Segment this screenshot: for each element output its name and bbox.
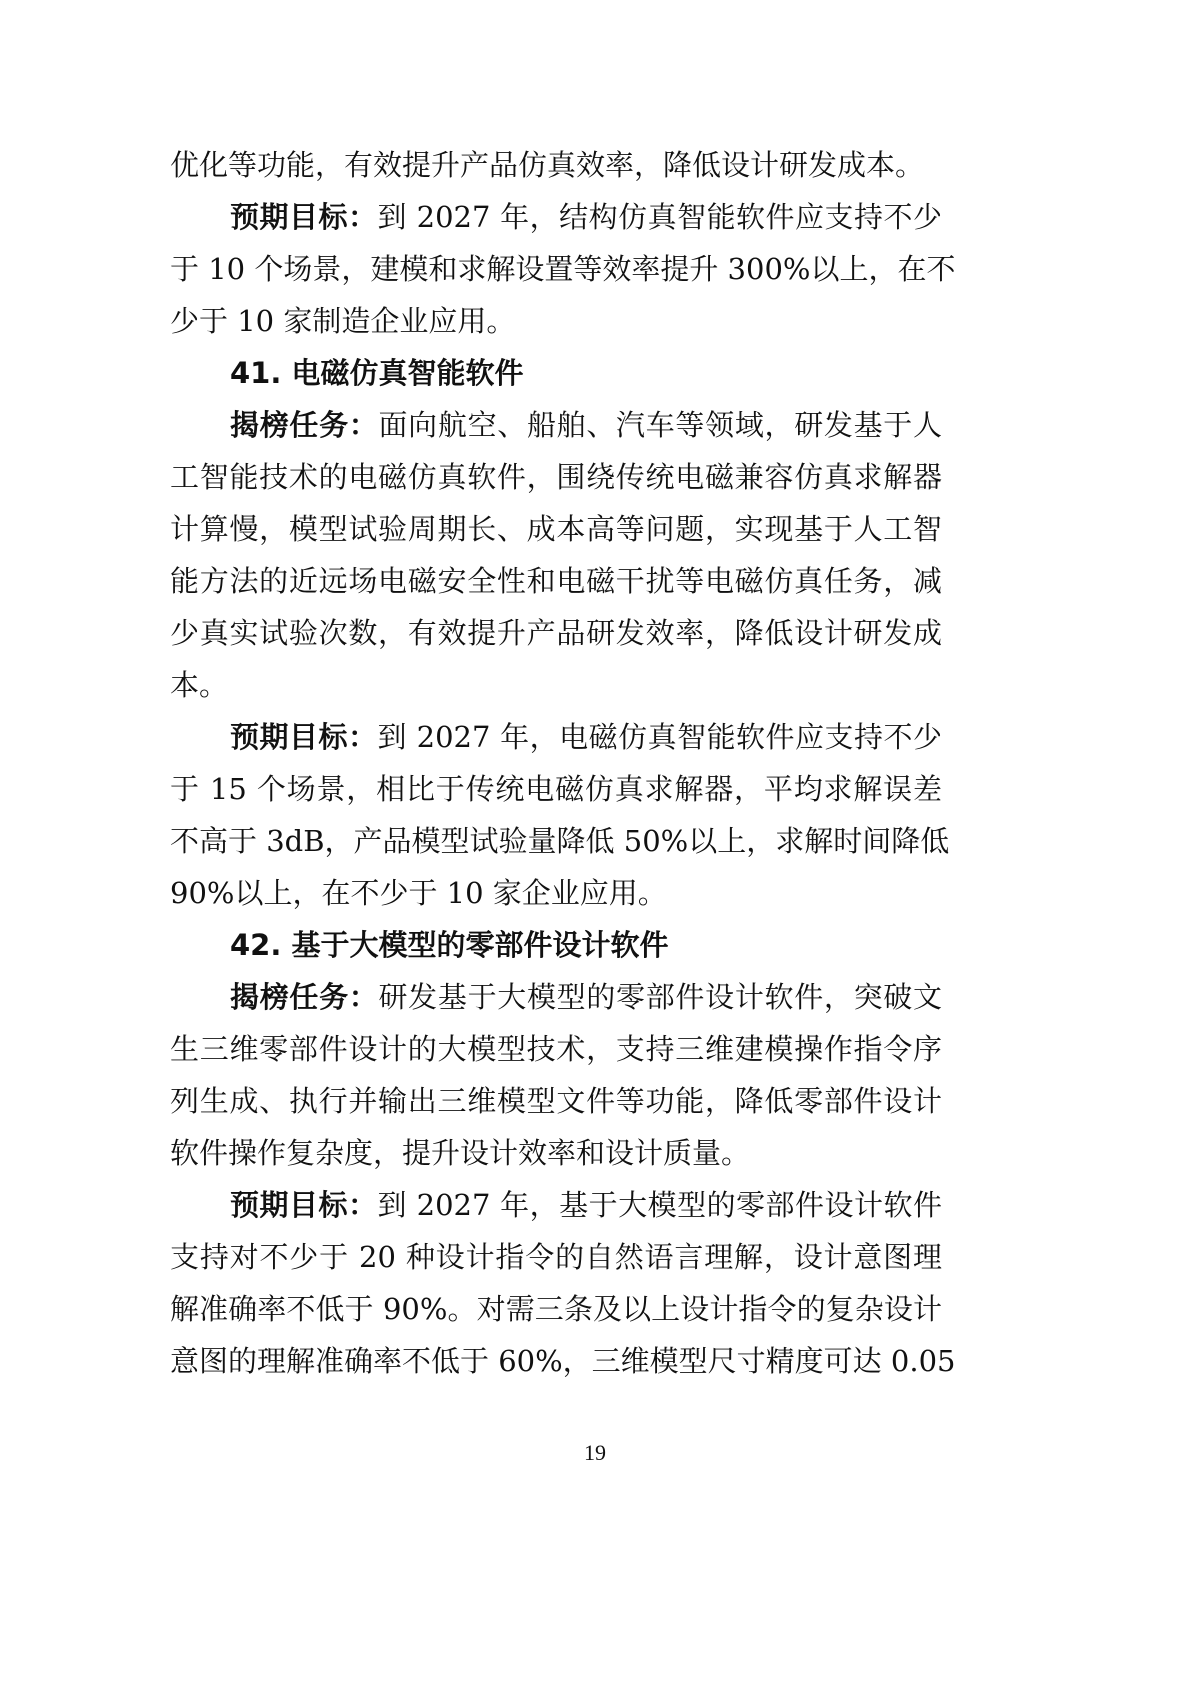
body-text: 少于 10 家制造企业应用。 bbox=[170, 304, 515, 338]
body-text: 支持对不少于 20 种设计指令的自然语言理解，设计意图理 bbox=[170, 1240, 942, 1274]
body-text: 优化等功能，有效提升产品仿真效率，降低设计研发成本。 bbox=[170, 148, 924, 182]
paragraph-line: 90%以上，在不少于 10 家企业应用。 bbox=[170, 867, 942, 919]
body-text: 意图的理解准确率不低于 60%，三维模型尺寸精度可达 0.05 bbox=[170, 1344, 955, 1378]
paragraph-line: 揭榜任务：研发基于大模型的零部件设计软件，突破文 bbox=[230, 971, 942, 1023]
paragraph-line: 本。 bbox=[170, 659, 942, 711]
paragraph-line: 预期目标：到 2027 年，结构仿真智能软件应支持不少 bbox=[230, 191, 942, 243]
paragraph-line: 工智能技术的电磁仿真软件，围绕传统电磁兼容仿真求解器 bbox=[170, 451, 942, 503]
heading-text: 42. 基于大模型的零部件设计软件 bbox=[230, 928, 668, 962]
label-task: 揭榜任务： bbox=[230, 408, 378, 442]
section-heading-41: 41. 电磁仿真智能软件 bbox=[230, 347, 942, 399]
body-text: 工智能技术的电磁仿真软件，围绕传统电磁兼容仿真求解器 bbox=[170, 460, 942, 494]
paragraph-line: 优化等功能，有效提升产品仿真效率，降低设计研发成本。 bbox=[170, 139, 942, 191]
paragraph-line: 列生成、执行并输出三维模型文件等功能，降低零部件设计 bbox=[170, 1075, 942, 1127]
heading-text: 41. 电磁仿真智能软件 bbox=[230, 356, 523, 390]
paragraph-line: 于 15 个场景，相比于传统电磁仿真求解器，平均求解误差 bbox=[170, 763, 942, 815]
paragraph-line: 不高于 3dB，产品模型试验量降低 50%以上，求解时间降低 bbox=[170, 815, 942, 867]
body-text: 到 2027 年，电磁仿真智能软件应支持不少 bbox=[377, 720, 942, 754]
body-text: 90%以上，在不少于 10 家企业应用。 bbox=[170, 876, 667, 910]
body-text: 能方法的近远场电磁安全性和电磁干扰等电磁仿真任务，减 bbox=[170, 564, 942, 598]
paragraph-line: 少真实试验次数，有效提升产品研发效率，降低设计研发成 bbox=[170, 607, 942, 659]
paragraph-line: 计算慢，模型试验周期长、成本高等问题，实现基于人工智 bbox=[170, 503, 942, 555]
body-text: 于 15 个场景，相比于传统电磁仿真求解器，平均求解误差 bbox=[170, 772, 942, 806]
body-text: 解准确率不低于 90%。对需三条及以上设计指令的复杂设计 bbox=[170, 1292, 942, 1326]
body-text: 到 2027 年，结构仿真智能软件应支持不少 bbox=[377, 200, 942, 234]
label-task: 揭榜任务： bbox=[230, 980, 378, 1014]
paragraph-line: 预期目标：到 2027 年，基于大模型的零部件设计软件 bbox=[230, 1179, 942, 1231]
body-text: 列生成、执行并输出三维模型文件等功能，降低零部件设计 bbox=[170, 1084, 942, 1118]
paragraph-line: 揭榜任务：面向航空、船舶、汽车等领域，研发基于人 bbox=[230, 399, 942, 451]
paragraph-line: 生三维零部件设计的大模型技术，支持三维建模操作指令序 bbox=[170, 1023, 942, 1075]
body-text: 生三维零部件设计的大模型技术，支持三维建模操作指令序 bbox=[170, 1032, 942, 1066]
body-text: 面向航空、船舶、汽车等领域，研发基于人 bbox=[378, 408, 942, 442]
paragraph-line: 解准确率不低于 90%。对需三条及以上设计指令的复杂设计 bbox=[170, 1283, 942, 1335]
body-text: 到 2027 年，基于大模型的零部件设计软件 bbox=[377, 1188, 942, 1222]
paragraph-line: 能方法的近远场电磁安全性和电磁干扰等电磁仿真任务，减 bbox=[170, 555, 942, 607]
body-text: 于 10 个场景，建模和求解设置等效率提升 300%以上，在不 bbox=[170, 252, 955, 286]
label-expected-goal: 预期目标： bbox=[230, 200, 377, 234]
section-heading-42: 42. 基于大模型的零部件设计软件 bbox=[230, 919, 942, 971]
paragraph-line: 意图的理解准确率不低于 60%，三维模型尺寸精度可达 0.05 bbox=[170, 1335, 942, 1387]
paragraph-line: 软件操作复杂度，提升设计效率和设计质量。 bbox=[170, 1127, 942, 1179]
label-expected-goal: 预期目标： bbox=[230, 1188, 377, 1222]
paragraph-line: 于 10 个场景，建模和求解设置等效率提升 300%以上，在不 bbox=[170, 243, 942, 295]
body-text: 本。 bbox=[170, 668, 228, 702]
body-text: 计算慢，模型试验周期长、成本高等问题，实现基于人工智 bbox=[170, 512, 942, 546]
paragraph-line: 少于 10 家制造企业应用。 bbox=[170, 295, 942, 347]
paragraph-line: 支持对不少于 20 种设计指令的自然语言理解，设计意图理 bbox=[170, 1231, 942, 1283]
label-expected-goal: 预期目标： bbox=[230, 720, 377, 754]
page-number: 19 bbox=[0, 1440, 1190, 1466]
body-text: 不高于 3dB，产品模型试验量降低 50%以上，求解时间降低 bbox=[170, 824, 949, 858]
document-page: 优化等功能，有效提升产品仿真效率，降低设计研发成本。 预期目标：到 2027 年… bbox=[0, 0, 1190, 1683]
body-text: 软件操作复杂度，提升设计效率和设计质量。 bbox=[170, 1136, 750, 1170]
paragraph-line: 预期目标：到 2027 年，电磁仿真智能软件应支持不少 bbox=[230, 711, 942, 763]
body-text: 研发基于大模型的零部件设计软件，突破文 bbox=[378, 980, 942, 1014]
body-text: 少真实试验次数，有效提升产品研发效率，降低设计研发成 bbox=[170, 616, 942, 650]
